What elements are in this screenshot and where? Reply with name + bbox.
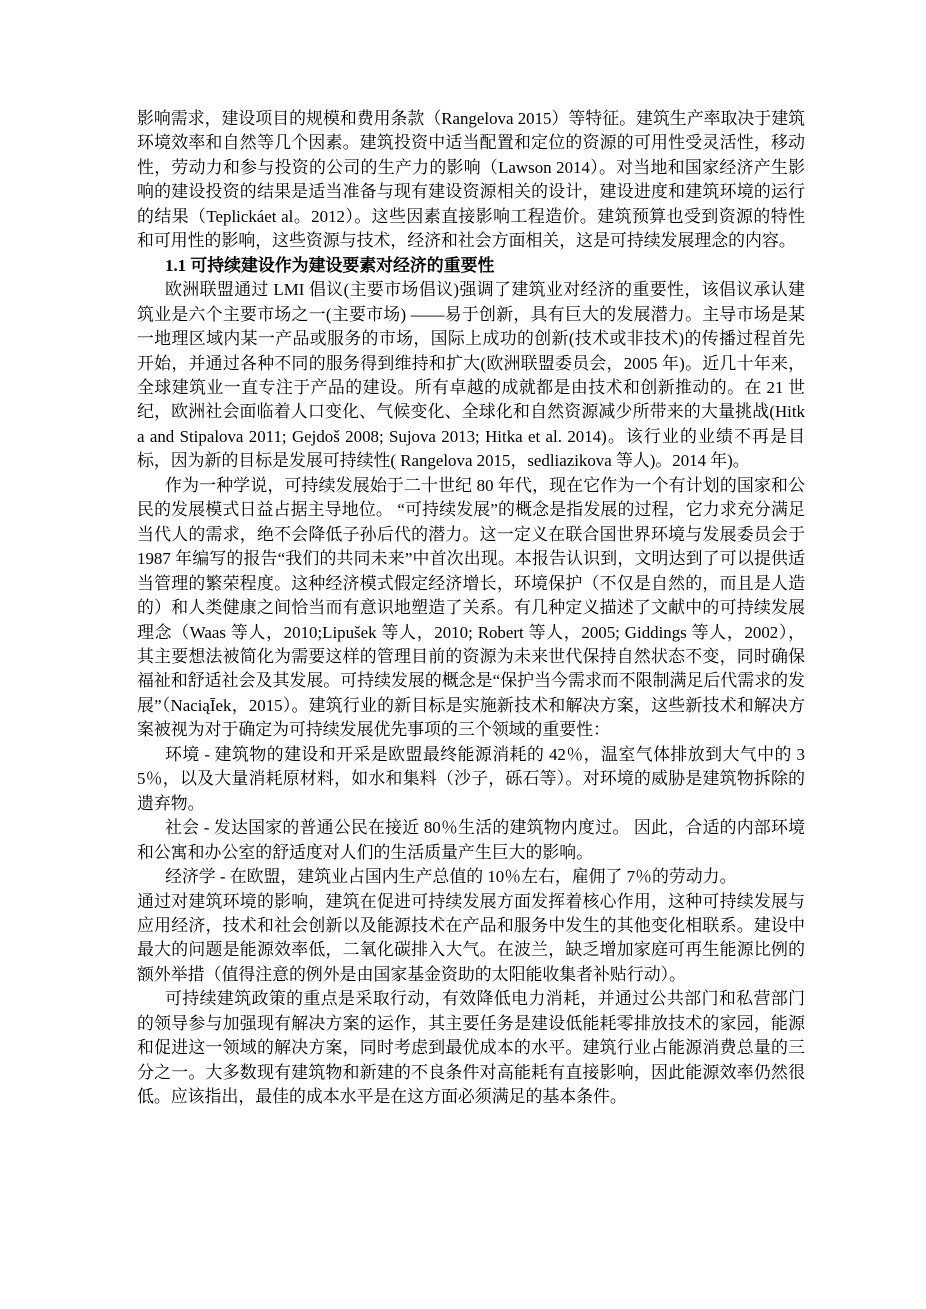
paragraph: 作为一种学说，可持续发展始于二十世纪 80 年代，现在它作为一个有计划的国家和公… [137, 474, 805, 743]
paragraph: 经济学 - 在欧盟，建筑业占国内生产总值的 10％左右，雇佣了 7％的劳动力。 [137, 865, 805, 889]
paragraph: 欧洲联盟通过 LMI 倡议(主要市场倡议)强调了建筑业对经济的重要性，该倡议承认… [137, 278, 805, 474]
paragraph: 通过对建筑环境的影响，建筑在促进可持续发展方面发挥着核心作用，这种可持续发展与应… [137, 890, 805, 988]
paragraph: 社会 - 发达国家的普通公民在接近 80％生活的建筑物内度过。 因此，合适的内部… [137, 816, 805, 865]
paragraph: 可持续建筑政策的重点是采取行动，有效降低电力消耗，并通过公共部门和私营部门的领导… [137, 987, 805, 1109]
document-page: 影响需求，建设项目的规模和费用条款（Rangelova 2015）等特征。建筑生… [0, 0, 926, 1309]
paragraph: 环境 - 建筑物的建设和开采是欧盟最终能源消耗的 42％，温室气体排放到大气中的… [137, 743, 805, 816]
text-block: 影响需求，建设项目的规模和费用条款（Rangelova 2015）等特征。建筑生… [137, 107, 805, 1110]
section-heading: 1.1 可持续建设作为建设要素对经济的重要性 [137, 254, 805, 278]
paragraph: 影响需求，建设项目的规模和费用条款（Rangelova 2015）等特征。建筑生… [137, 107, 805, 254]
